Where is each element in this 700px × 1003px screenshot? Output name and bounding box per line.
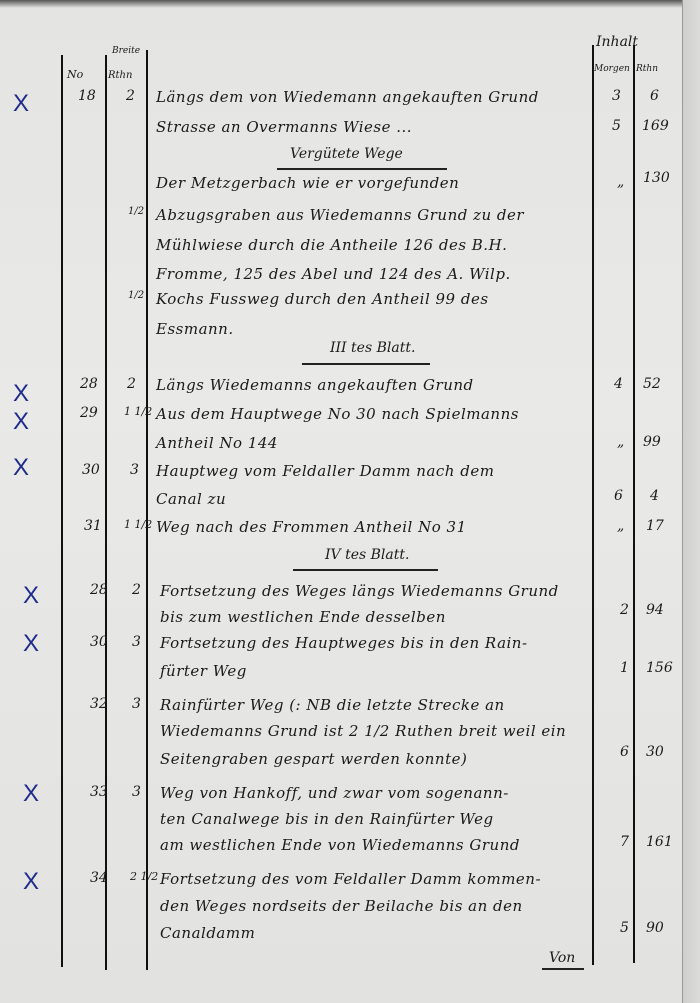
row-description: Wiedemanns Grund ist 2 1/2 Ruthen breit … bbox=[160, 722, 566, 740]
row-morgen: „ bbox=[617, 174, 624, 190]
row-number: 32 bbox=[90, 696, 108, 712]
rule-desc bbox=[592, 45, 594, 965]
rule-left bbox=[61, 55, 63, 967]
row-description: Antheil No 144 bbox=[156, 434, 278, 452]
row-number: 18 bbox=[78, 88, 96, 104]
heading-underline bbox=[277, 168, 447, 170]
row-morgen: 4 bbox=[614, 376, 623, 392]
row-description: Rainfürter Weg (: NB die letzte Strecke … bbox=[160, 696, 505, 714]
header-no: No bbox=[67, 68, 83, 81]
ledger-page: Breite No Rthn Inhalt Morgen Rthn X 18 2… bbox=[0, 0, 700, 1003]
row-number: 33 bbox=[90, 784, 108, 800]
row-width: 3 bbox=[130, 462, 139, 478]
row-number: 29 bbox=[80, 405, 98, 421]
section-heading-blatt4: IV tes Blatt. bbox=[325, 547, 409, 563]
header-width-sub: Rthn bbox=[108, 70, 132, 81]
row-width: 2 1/2 bbox=[130, 870, 158, 883]
row-description: Weg nach des Frommen Antheil No 31 bbox=[156, 518, 467, 536]
row-description: Fromme, 125 des Abel und 124 des A. Wilp… bbox=[156, 265, 511, 283]
row-number: 30 bbox=[90, 634, 108, 650]
row-description: Canaldamm bbox=[160, 924, 255, 942]
row-morgen: 2 bbox=[620, 602, 629, 618]
row-morgen: 3 bbox=[612, 88, 621, 104]
header-width-top: Breite bbox=[112, 46, 140, 56]
row-ruthen: 90 bbox=[646, 920, 664, 936]
row-width: 3 bbox=[132, 696, 141, 712]
row-ruthen: 6 bbox=[650, 88, 659, 104]
row-description: Kochs Fussweg durch den Antheil 99 des bbox=[156, 290, 489, 308]
margin-x-mark: X bbox=[13, 90, 29, 118]
row-description: Hauptweg vom Feldaller Damm nach dem bbox=[156, 462, 494, 480]
row-description: den Weges nordseits der Beilache bis an … bbox=[160, 897, 523, 915]
row-ruthen: 94 bbox=[646, 602, 664, 618]
row-description: fürter Weg bbox=[160, 662, 247, 680]
row-description: Mühlwiese durch die Antheile 126 des B.H… bbox=[156, 236, 507, 254]
section-heading-vergutete: Vergütete Wege bbox=[290, 146, 403, 162]
row-number: 28 bbox=[90, 582, 108, 598]
margin-x-mark: X bbox=[23, 780, 39, 808]
heading-underline bbox=[302, 363, 430, 365]
row-morgen: 5 bbox=[620, 920, 629, 936]
row-description: ten Canalwege bis in den Rainfürter Weg bbox=[160, 810, 494, 828]
margin-x-mark: X bbox=[23, 582, 39, 610]
margin-x-mark: X bbox=[23, 630, 39, 658]
catchword-underline bbox=[542, 968, 584, 970]
row-description: Essmann. bbox=[156, 320, 234, 338]
row-description: Fortsetzung des Hauptweges bis in den Ra… bbox=[160, 634, 528, 652]
row-description: Seitengraben gespart werden konnte) bbox=[160, 750, 467, 768]
row-width: 1/2 bbox=[128, 206, 144, 217]
row-morgen: 6 bbox=[620, 744, 629, 760]
row-morgen: 5 bbox=[612, 118, 621, 134]
header-morgen: Morgen bbox=[594, 64, 630, 74]
margin-x-mark: X bbox=[23, 868, 39, 896]
row-morgen: 1 bbox=[620, 660, 629, 676]
row-description: Fortsetzung des vom Feldaller Damm komme… bbox=[160, 870, 541, 888]
margin-x-mark: X bbox=[13, 380, 29, 408]
row-ruthen: 169 bbox=[642, 118, 669, 134]
row-width: 3 bbox=[132, 634, 141, 650]
row-description: Aus dem Hauptwege No 30 nach Spielmanns bbox=[156, 405, 519, 423]
row-description: Längs dem von Wiedemann angekauften Grun… bbox=[156, 88, 539, 106]
rule-width bbox=[146, 50, 148, 970]
row-description: Abzugsgraben aus Wiedemanns Grund zu der bbox=[156, 206, 524, 224]
row-width: 2 bbox=[132, 582, 141, 598]
row-width: 1 1/2 bbox=[124, 518, 152, 531]
row-morgen: 6 bbox=[614, 488, 623, 504]
row-ruthen: 161 bbox=[646, 834, 673, 850]
row-ruthen: 30 bbox=[646, 744, 664, 760]
row-description: Der Metzgerbach wie er vorgefunden bbox=[156, 174, 459, 192]
row-number: 34 bbox=[90, 870, 108, 886]
margin-x-mark: X bbox=[13, 454, 29, 482]
row-description: Weg von Hankoff, und zwar vom sogenann- bbox=[160, 784, 509, 802]
header-ruthen: Rthn bbox=[636, 64, 658, 74]
page-top-shadow bbox=[0, 0, 700, 8]
page-edge bbox=[682, 0, 700, 1003]
row-morgen: 7 bbox=[620, 834, 629, 850]
row-ruthen: 156 bbox=[646, 660, 673, 676]
row-ruthen: 130 bbox=[643, 170, 670, 186]
row-morgen: „ bbox=[617, 518, 624, 534]
row-description: bis zum westlichen Ende desselben bbox=[160, 608, 446, 626]
row-ruthen: 17 bbox=[646, 518, 664, 534]
row-description: Canal zu bbox=[156, 490, 226, 508]
section-heading-blatt3: III tes Blatt. bbox=[330, 340, 415, 356]
row-description: Längs Wiedemanns angekauften Grund bbox=[156, 376, 474, 394]
margin-x-mark: X bbox=[13, 408, 29, 436]
catchword: Von bbox=[549, 950, 575, 966]
row-description: Fortsetzung des Weges längs Wiedemanns G… bbox=[160, 582, 559, 600]
row-width: 1 1/2 bbox=[124, 405, 152, 418]
row-width: 2 bbox=[127, 376, 136, 392]
row-ruthen: 52 bbox=[643, 376, 661, 392]
row-description: am westlichen Ende von Wiedemanns Grund bbox=[160, 836, 520, 854]
row-number: 28 bbox=[80, 376, 98, 392]
rule-no bbox=[105, 55, 107, 970]
row-number: 30 bbox=[82, 462, 100, 478]
row-number: 31 bbox=[84, 518, 102, 534]
row-morgen: „ bbox=[617, 434, 624, 450]
header-area: Inhalt bbox=[596, 34, 638, 50]
row-ruthen: 99 bbox=[643, 434, 661, 450]
heading-underline bbox=[293, 569, 438, 571]
row-width: 1/2 bbox=[128, 290, 144, 301]
rule-morgen bbox=[633, 45, 635, 963]
row-ruthen: 4 bbox=[650, 488, 659, 504]
row-width: 2 bbox=[126, 88, 135, 104]
row-width: 3 bbox=[132, 784, 141, 800]
row-description: Strasse an Overmanns Wiese ... bbox=[156, 118, 412, 136]
